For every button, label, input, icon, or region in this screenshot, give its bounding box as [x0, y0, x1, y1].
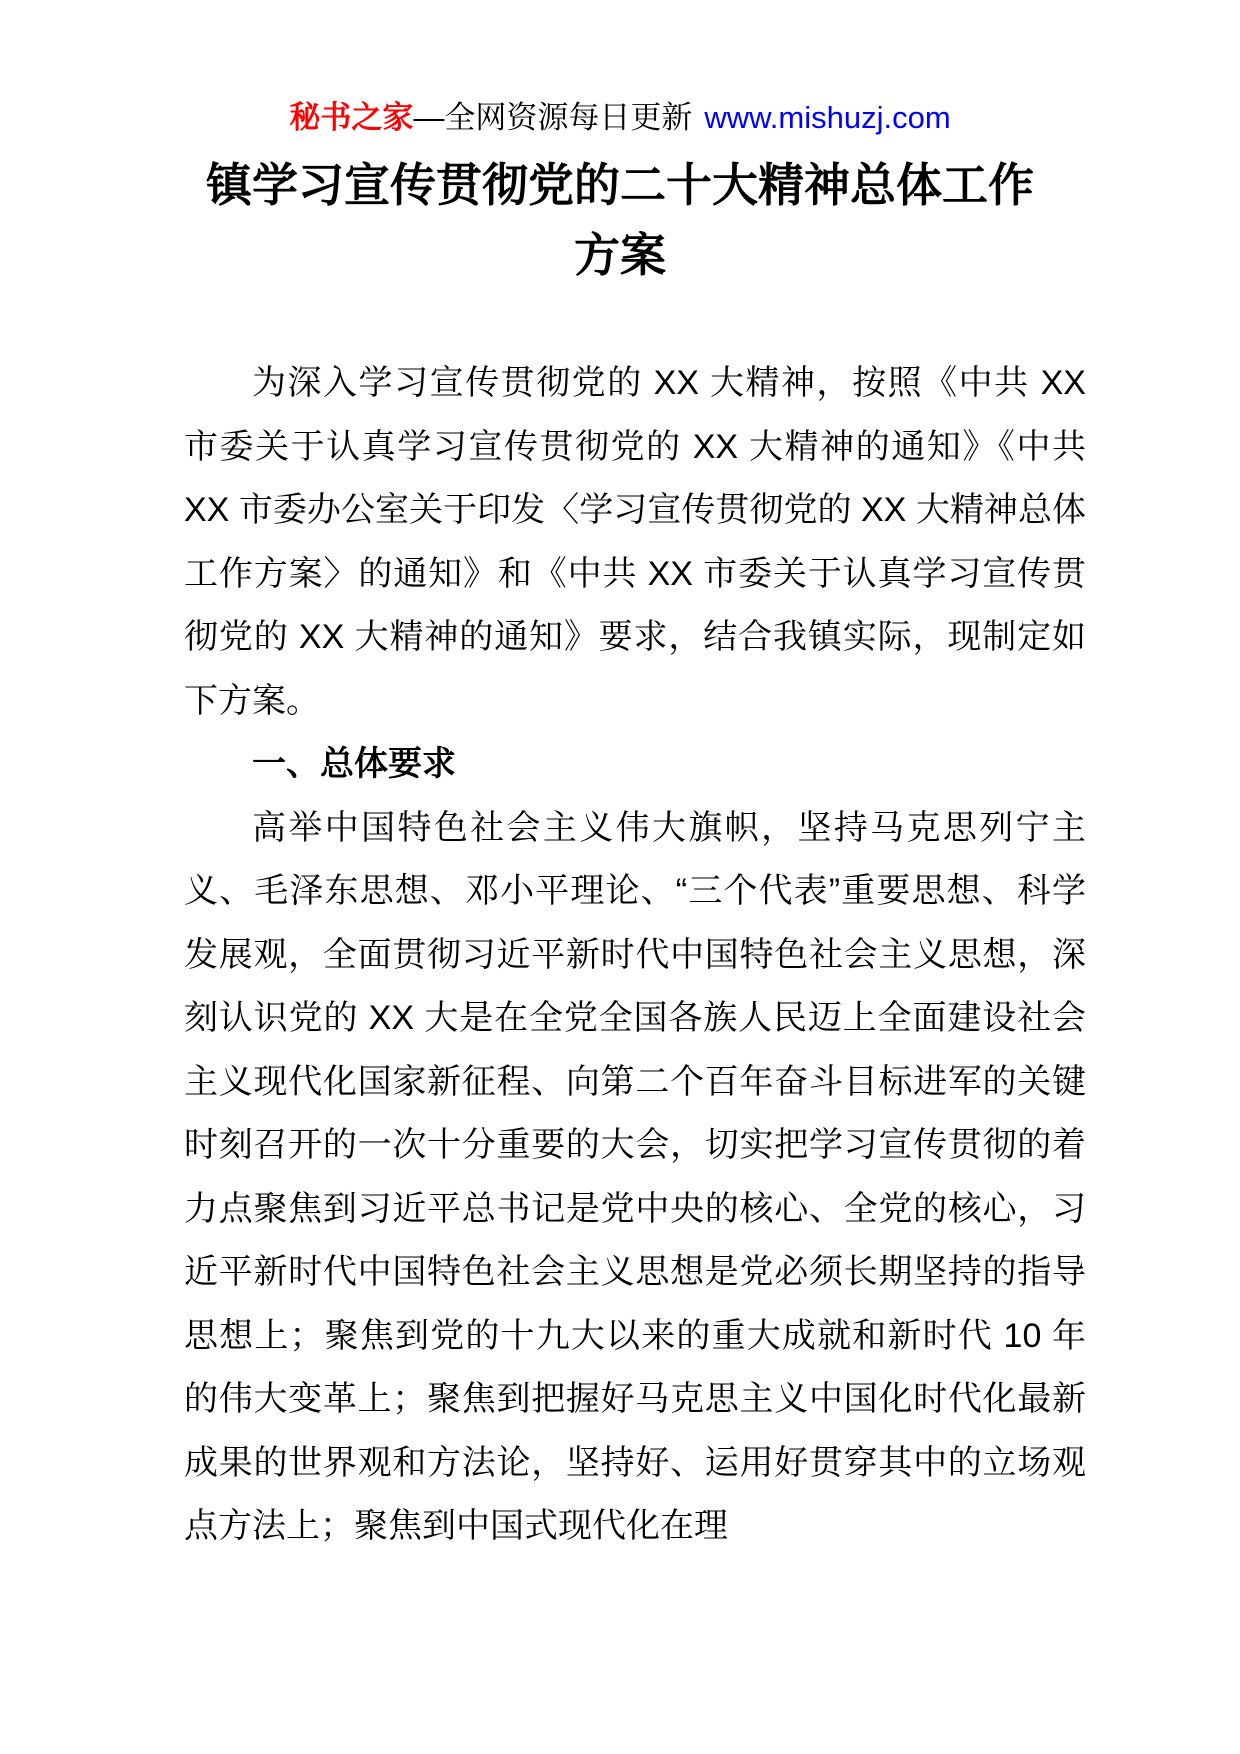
paragraph-intro: 为深入学习宣传贯彻党的 XX 大精神，按照《中共 XX 市委关于认真学习宣传贯彻… [184, 352, 1086, 733]
document-title-line-2: 方案 [0, 220, 1240, 290]
site-header: 秘书之家—全网资源每日更新www.mishuzj.com [0, 98, 1240, 138]
site-brand-text: 秘书之家 [289, 100, 413, 135]
document-page: 秘书之家—全网资源每日更新www.mishuzj.com 镇学习宣传贯彻党的二十… [0, 0, 1240, 1754]
site-url-link[interactable]: www.mishuzj.com [704, 100, 950, 135]
document-body: 为深入学习宣传贯彻党的 XX 大精神，按照《中共 XX 市委关于认真学习宣传贯彻… [184, 352, 1086, 1559]
site-tagline: —全网资源每日更新 [413, 100, 692, 135]
paragraph-overall-requirements: 高举中国特色社会主义伟大旗帜，坚持马克思列宁主义、毛泽东思想、邓小平理论、“三个… [184, 797, 1086, 1559]
document-title-line-1: 镇学习宣传贯彻党的二十大精神总体工作 [0, 150, 1240, 220]
section-heading-overall-requirements: 一、总体要求 [184, 733, 1086, 797]
document-title: 镇学习宣传贯彻党的二十大精神总体工作 方案 [0, 150, 1240, 290]
